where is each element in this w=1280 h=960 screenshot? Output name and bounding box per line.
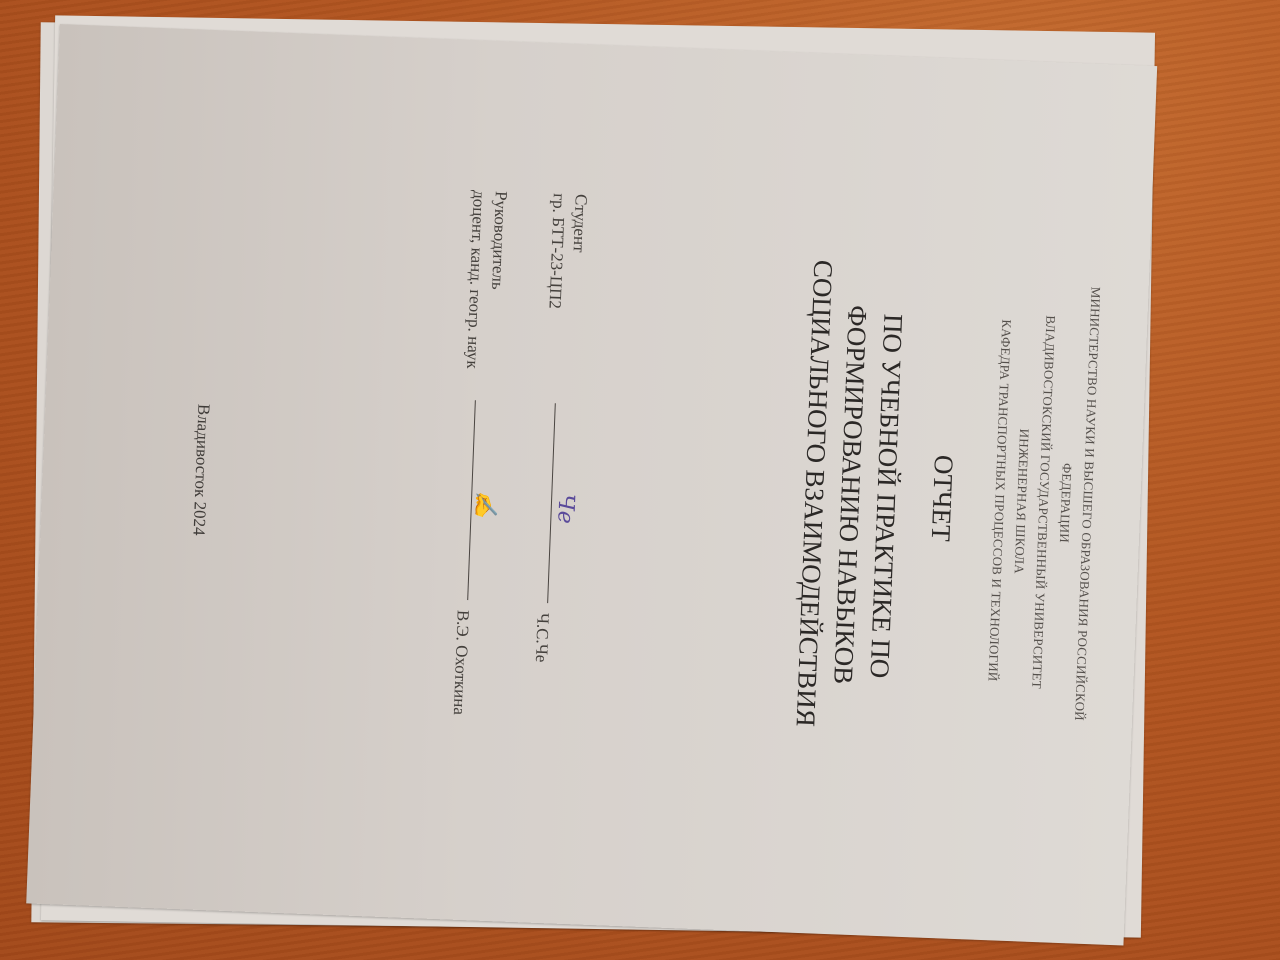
institution-header: МИНИСТЕРСТВО НАУКИ И ВЫСШЕГО ОБРАЗОВАНИЯ… [972,60,1116,944]
title-page: МИНИСТЕРСТВО НАУКИ И ВЫСШЕГО ОБРАЗОВАНИЯ… [26,24,1157,946]
report-title: ОТЧЕТ ПО УЧЕБНОЙ ПРАКТИКЕ ПО ФОРМИРОВАНИ… [780,53,978,939]
student-signature-block: Студент гр. БТТ-23-ЦП2 Че Ч.С.Че [525,193,592,794]
advisor-name: В.Э. Охоткина [448,609,474,715]
report-heading: ОТЧЕТ [908,58,978,939]
student-name: Ч.С.Че [530,613,554,663]
advisor-signature: ✍ [473,490,496,518]
advisor-signature-block: Руководитель доцент, канд. геогр. наук ✍… [445,190,512,791]
title-page-sheet: МИНИСТЕРСТВО НАУКИ И ВЫСШЕГО ОБРАЗОВАНИЯ… [26,24,1157,946]
student-signature: Че [553,493,576,524]
city-year: Владивосток 2024 [174,30,228,910]
